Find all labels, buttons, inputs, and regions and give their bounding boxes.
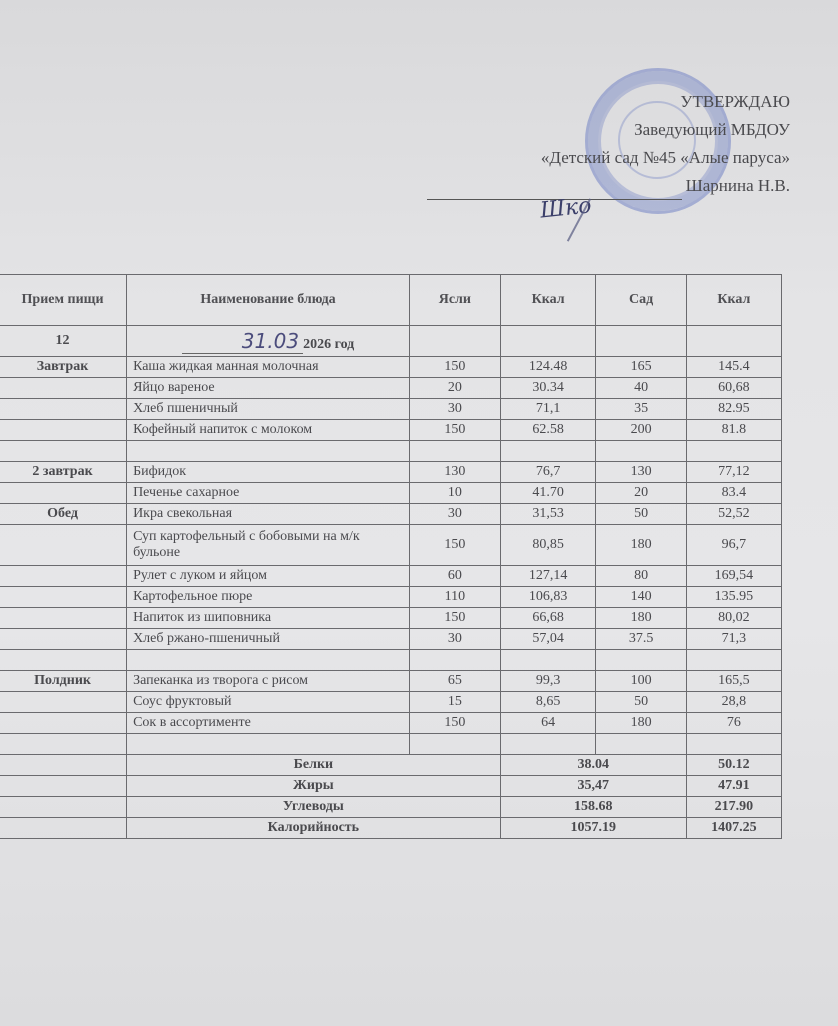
sad-kcal-cell: 83.4 (686, 483, 781, 504)
year-label: 2026 год (303, 337, 354, 352)
sad-cell: 165 (596, 357, 686, 378)
sad-cell: 180 (596, 525, 686, 566)
meal-cell (0, 441, 127, 462)
summary-sad: 1407.25 (686, 818, 781, 839)
sad-cell: 140 (596, 587, 686, 608)
sad-cell (596, 650, 686, 671)
summary-yasli: 38.04 (500, 755, 686, 776)
table-row: ОбедИкра свекольная3031,535052,52 (0, 504, 782, 525)
sad-kcal-cell: 77,12 (686, 462, 781, 483)
table-row: Печенье сахарное1041.702083.4 (0, 483, 782, 504)
sad-kcal-cell: 28,8 (686, 692, 781, 713)
yasli-kcal-cell: 106,83 (500, 587, 596, 608)
header-sad: Сад (596, 275, 686, 326)
yasli-kcal-cell: 80,85 (500, 525, 596, 566)
meal-cell (0, 650, 127, 671)
meal-cell (0, 692, 127, 713)
yasli-kcal-cell: 30.34 (500, 378, 596, 399)
dish-cell: Яйцо вареное (127, 378, 410, 399)
sad-cell: 200 (596, 420, 686, 441)
table-row: Кофейный напиток с молоком15062.5820081.… (0, 420, 782, 441)
summary-spacer (0, 818, 127, 839)
summary-row: Калорийность1057.191407.25 (0, 818, 782, 839)
sad-cell: 35 (596, 399, 686, 420)
yasli-kcal-cell: 76,7 (500, 462, 596, 483)
yasli-cell: 150 (409, 525, 500, 566)
table-row: Хлеб пшеничный3071,13582.95 (0, 399, 782, 420)
meal-cell: Полдник (0, 671, 127, 692)
summary-spacer (0, 776, 127, 797)
yasli-kcal-cell (500, 650, 596, 671)
header-dish: Наименование блюда (127, 275, 410, 326)
yasli-cell (409, 650, 500, 671)
summary-sad: 50.12 (686, 755, 781, 776)
yasli-kcal-cell: 57,04 (500, 629, 596, 650)
yasli-cell: 20 (409, 378, 500, 399)
table-row: ПолдникЗапеканка из творога с рисом6599,… (0, 671, 782, 692)
yasli-cell: 30 (409, 399, 500, 420)
dish-cell (127, 650, 410, 671)
table-row (0, 734, 782, 755)
meal-cell: Обед (0, 504, 127, 525)
approval-organization: «Детский сад №45 «Алые паруса» (427, 144, 790, 172)
dish-cell: Запеканка из творога с рисом (127, 671, 410, 692)
date-cell: 31.032026 год (127, 326, 410, 357)
meal-cell (0, 629, 127, 650)
summary-spacer (0, 755, 127, 776)
yasli-kcal-cell: 71,1 (500, 399, 596, 420)
yasli-cell: 30 (409, 504, 500, 525)
table-row: 2 завтракБифидок13076,713077,12 (0, 462, 782, 483)
sad-cell: 180 (596, 713, 686, 734)
yasli-kcal-cell: 66,68 (500, 608, 596, 629)
table-row: Напиток из шиповника15066,6818080,02 (0, 608, 782, 629)
dish-cell: Соус фруктовый (127, 692, 410, 713)
sad-cell: 50 (596, 504, 686, 525)
dish-cell: Печенье сахарное (127, 483, 410, 504)
sad-cell (596, 734, 686, 755)
dish-cell: Каша жидкая манная молочная (127, 357, 410, 378)
yasli-cell: 30 (409, 629, 500, 650)
table-row (0, 441, 782, 462)
yasli-cell: 150 (409, 608, 500, 629)
yasli-kcal-cell (500, 734, 596, 755)
summary-yasli: 158.68 (500, 797, 686, 818)
yasli-cell (409, 734, 500, 755)
yasli-kcal-cell: 31,53 (500, 504, 596, 525)
approval-signature-line: Шарнина Н.В. (427, 172, 790, 200)
sad-kcal-cell: 165,5 (686, 671, 781, 692)
approval-position: Заведующий МБДОУ (427, 116, 790, 144)
summary-label: Жиры (127, 776, 501, 797)
meal-cell (0, 734, 127, 755)
meal-cell (0, 525, 127, 566)
approval-signatory: Шарнина Н.В. (686, 176, 790, 195)
dish-cell (127, 441, 410, 462)
dish-cell: Хлеб пшеничный (127, 399, 410, 420)
meal-cell: Завтрак (0, 357, 127, 378)
summary-spacer (0, 797, 127, 818)
dish-cell: Сок в ассортименте (127, 713, 410, 734)
yasli-kcal-cell: 41.70 (500, 483, 596, 504)
yasli-cell: 150 (409, 357, 500, 378)
meal-cell (0, 483, 127, 504)
sad-kcal-cell: 76 (686, 713, 781, 734)
table-row: Хлеб ржано-пшеничный3057,0437.571,3 (0, 629, 782, 650)
yasli-kcal-cell: 127,14 (500, 566, 596, 587)
sad-kcal-cell: 135.95 (686, 587, 781, 608)
sad-kcal-cell: 169,54 (686, 566, 781, 587)
meal-cell (0, 713, 127, 734)
dish-cell: Картофельное пюре (127, 587, 410, 608)
meal-cell (0, 378, 127, 399)
yasli-kcal-cell (500, 441, 596, 462)
yasli-cell: 65 (409, 671, 500, 692)
summary-yasli: 1057.19 (500, 818, 686, 839)
date-row: 12 31.032026 год (0, 326, 782, 357)
sad-cell: 50 (596, 692, 686, 713)
sad-kcal-cell: 80,02 (686, 608, 781, 629)
table-row: Яйцо вареное2030.344060,68 (0, 378, 782, 399)
header-meal: Прием пищи (0, 275, 127, 326)
sad-kcal-cell: 71,3 (686, 629, 781, 650)
meal-cell: 2 завтрак (0, 462, 127, 483)
meal-cell (0, 608, 127, 629)
yasli-cell: 130 (409, 462, 500, 483)
dish-cell: Суп картофельный с бобовыми на м/к бульо… (127, 525, 410, 566)
table-row: Рулет с луком и яйцом60127,1480169,54 (0, 566, 782, 587)
sad-cell: 37.5 (596, 629, 686, 650)
table-row: Сок в ассортименте1506418076 (0, 713, 782, 734)
dish-cell: Икра свекольная (127, 504, 410, 525)
summary-label: Белки (127, 755, 501, 776)
yasli-kcal-cell: 99,3 (500, 671, 596, 692)
summary-row: Белки38.0450.12 (0, 755, 782, 776)
header-sad-kcal: Ккал (686, 275, 781, 326)
header-yasli-kcal: Ккал (500, 275, 596, 326)
sad-kcal-cell: 145.4 (686, 357, 781, 378)
table-row: Соус фруктовый158,655028,8 (0, 692, 782, 713)
dish-cell: Бифидок (127, 462, 410, 483)
header-yasli: Ясли (409, 275, 500, 326)
meal-cell (0, 566, 127, 587)
sad-kcal-cell: 82.95 (686, 399, 781, 420)
yasli-cell (409, 441, 500, 462)
sad-cell (596, 441, 686, 462)
summary-row: Углеводы158.68217.90 (0, 797, 782, 818)
summary-sad: 217.90 (686, 797, 781, 818)
sad-cell: 180 (596, 608, 686, 629)
approval-block: УТВЕРЖДАЮ Заведующий МБДОУ «Детский сад … (427, 88, 790, 200)
yasli-kcal-cell: 62.58 (500, 420, 596, 441)
summary-sad: 47.91 (686, 776, 781, 797)
yasli-cell: 60 (409, 566, 500, 587)
sad-kcal-cell (686, 441, 781, 462)
dish-cell (127, 734, 410, 755)
meal-cell (0, 399, 127, 420)
summary-row: Жиры35,4747.91 (0, 776, 782, 797)
yasli-kcal-cell: 8,65 (500, 692, 596, 713)
sad-cell: 100 (596, 671, 686, 692)
sad-cell: 40 (596, 378, 686, 399)
yasli-cell: 150 (409, 713, 500, 734)
sad-kcal-cell: 96,7 (686, 525, 781, 566)
dish-cell: Хлеб ржано-пшеничный (127, 629, 410, 650)
dish-cell: Кофейный напиток с молоком (127, 420, 410, 441)
handwritten-date: 31.03 (182, 329, 303, 354)
sad-kcal-cell (686, 650, 781, 671)
table-row: ЗавтракКаша жидкая манная молочная150124… (0, 357, 782, 378)
sad-kcal-cell: 81.8 (686, 420, 781, 441)
approval-title: УТВЕРЖДАЮ (427, 88, 790, 116)
yasli-cell: 10 (409, 483, 500, 504)
table-row (0, 650, 782, 671)
summary-label: Калорийность (127, 818, 501, 839)
yasli-cell: 15 (409, 692, 500, 713)
dish-cell: Напиток из шиповника (127, 608, 410, 629)
sad-kcal-cell: 52,52 (686, 504, 781, 525)
sad-cell: 130 (596, 462, 686, 483)
summary-yasli: 35,47 (500, 776, 686, 797)
day-number: 12 (0, 326, 127, 357)
menu-table: Прием пищи Наименование блюда Ясли Ккал … (0, 274, 782, 839)
sad-cell: 80 (596, 566, 686, 587)
meal-cell (0, 587, 127, 608)
summary-label: Углеводы (127, 797, 501, 818)
table-header-row: Прием пищи Наименование блюда Ясли Ккал … (0, 275, 782, 326)
sad-cell: 20 (596, 483, 686, 504)
yasli-cell: 150 (409, 420, 500, 441)
dish-cell: Рулет с луком и яйцом (127, 566, 410, 587)
yasli-kcal-cell: 64 (500, 713, 596, 734)
table-row: Картофельное пюре110106,83140135.95 (0, 587, 782, 608)
yasli-kcal-cell: 124.48 (500, 357, 596, 378)
meal-cell (0, 420, 127, 441)
sad-kcal-cell: 60,68 (686, 378, 781, 399)
sad-kcal-cell (686, 734, 781, 755)
yasli-cell: 110 (409, 587, 500, 608)
table-row: Суп картофельный с бобовыми на м/к бульо… (0, 525, 782, 566)
